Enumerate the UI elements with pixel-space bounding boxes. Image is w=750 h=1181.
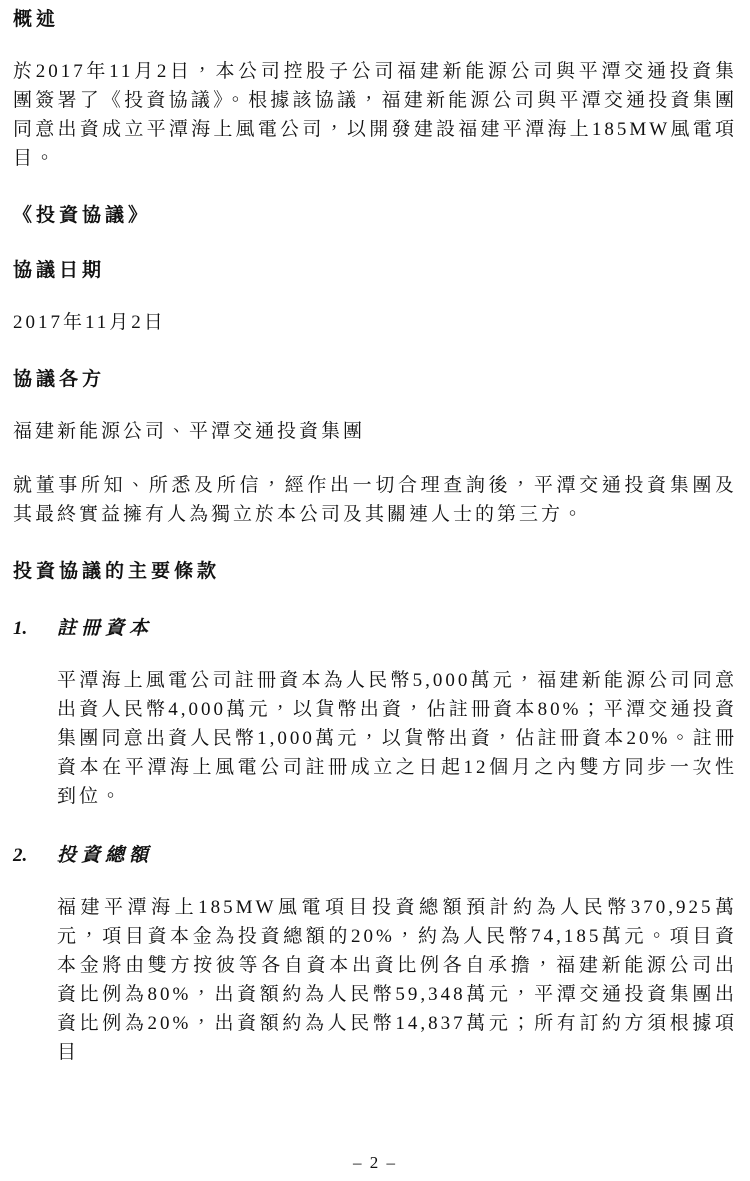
independence-paragraph: 就董事所知、所悉及所信，經作出一切合理查詢後，平潭交通投資集團及其最終實益擁有人… xyxy=(13,471,737,529)
agreement-title-heading: 《投資協議》 xyxy=(13,204,737,228)
term-item-registered-capital: 1. 註冊資本 xyxy=(13,617,737,641)
term-item-title: 投資總額 xyxy=(57,844,153,868)
overview-heading: 概述 xyxy=(13,8,737,32)
term-item-number: 2. xyxy=(13,844,57,868)
term-item-title: 註冊資本 xyxy=(57,617,153,641)
principal-terms-heading: 投資協議的主要條款 xyxy=(13,560,737,584)
document-content: 概述 於2017年11月2日，本公司控股子公司福建新能源公司與平潭交通投資集團簽… xyxy=(0,0,750,1067)
agreement-parties-heading: 協議各方 xyxy=(13,368,737,392)
page-number: – 2 – xyxy=(0,1153,750,1173)
agreement-date-value: 2017年11月2日 xyxy=(13,308,737,337)
overview-paragraph: 於2017年11月2日，本公司控股子公司福建新能源公司與平潭交通投資集團簽署了《… xyxy=(13,57,737,173)
document-page: 概述 於2017年11月2日，本公司控股子公司福建新能源公司與平潭交通投資集團簽… xyxy=(0,0,750,1181)
term-item-registered-capital-body: 平潭海上風電公司註冊資本為人民幣5,000萬元，福建新能源公司同意出資人民幣4,… xyxy=(57,666,737,811)
agreement-date-heading: 協議日期 xyxy=(13,259,737,283)
term-item-total-investment-body: 福建平潭海上185MW風電項目投資總額預計約為人民幣370,925萬元，項目資本… xyxy=(57,893,737,1067)
agreement-parties-value: 福建新能源公司、平潭交通投資集團 xyxy=(13,417,737,446)
term-item-total-investment: 2. 投資總額 xyxy=(13,844,737,868)
term-item-number: 1. xyxy=(13,617,57,641)
